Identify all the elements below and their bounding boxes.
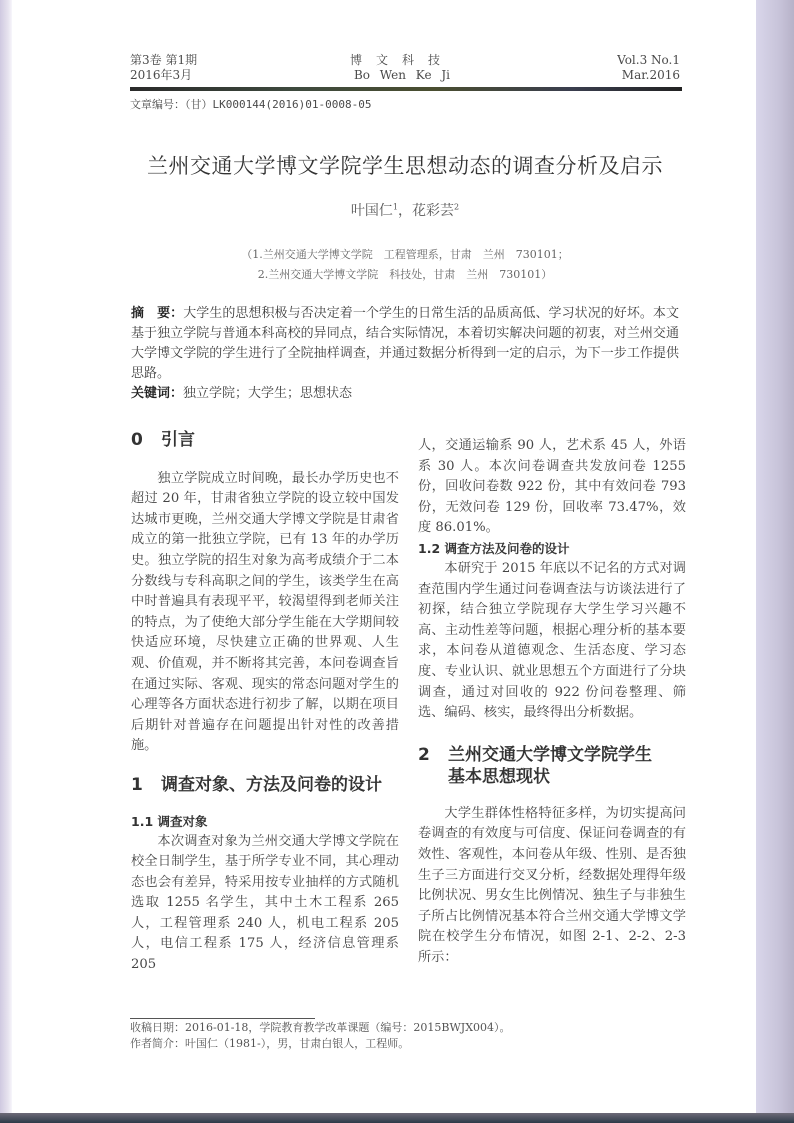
article-number: 文章编号：（甘）LK000144(2016)01-0008-05	[130, 96, 371, 112]
section-heading-1: 1调查对象、方法及问卷的设计	[131, 775, 399, 796]
header-right: Vol.3 No.1 Mar.2016	[617, 53, 680, 83]
section-title: 引言	[161, 430, 195, 450]
header-rule	[130, 87, 682, 91]
issue-date-en: Mar.2016	[617, 68, 680, 83]
affiliation-1: （1.兰州交通大学博文学院 工程管理系，甘肃 兰州 730101；	[120, 246, 690, 262]
subsection-heading-1-2: 1.2 调查方法及问卷的设计	[418, 539, 686, 559]
affiliation-2: 2.兰州交通大学博文学院 科技处，甘肃 兰州 730101）	[120, 266, 690, 282]
abstract-label: 摘 要：	[131, 306, 183, 321]
status-paragraph: 大学生群体性格特征多样，为切实提高问卷调查的有效度与可信度、保证问卷调查的有效性…	[418, 804, 686, 969]
author-separator: ，	[398, 203, 412, 219]
section-title: 调查对象、方法及问卷的设计	[161, 775, 382, 795]
footnote-received: 收稿日期：2016-01-18，学院教育教学改革课题（编号：2015BWJX00…	[130, 1020, 511, 1036]
scan-edge-bottom	[0, 1113, 794, 1123]
column-left: 0引言 独立学院成立时间晚，最长办学历史也不超过 20 年，甘肃省独立学院的设立…	[131, 430, 399, 976]
intro-paragraph: 独立学院成立时间晚，最长办学历史也不超过 20 年，甘肃省独立学院的设立较中国发…	[131, 469, 399, 757]
section-heading-0: 0引言	[131, 430, 399, 451]
section-number: 2	[418, 744, 448, 766]
keywords-label: 关键词：	[131, 386, 183, 401]
section-title-line1: 兰州交通大学博文学院学生	[448, 745, 652, 765]
section-title-line2: 基本思想现状	[448, 767, 550, 787]
scan-edge-right	[756, 0, 794, 1123]
volume-issue: 第3卷 第1期	[130, 53, 197, 68]
header-center: 博文科技 Bo Wen Ke Ji	[342, 53, 462, 83]
section-number: 1	[131, 775, 161, 796]
subsection-heading-1-1: 1.1 调查对象	[131, 812, 399, 832]
journal-name-en: Bo Wen Ke Ji	[342, 68, 462, 83]
abstract-text: 大学生的思想积极与否决定着一个学生的日常生活的品质高低、学习状况的好坏。本文基于…	[131, 306, 679, 381]
volume-en: Vol.3 No.1	[617, 53, 680, 68]
abstract: 摘 要：大学生的思想积极与否决定着一个学生的日常生活的品质高低、学习状况的好坏。…	[131, 304, 679, 384]
footnote-author-bio: 作者简介：叶国仁（1981-），男，甘肃白银人，工程师。	[130, 1036, 511, 1052]
author-name: 花彩芸	[412, 203, 454, 219]
survey-subjects-paragraph-cont: 人，交通运输系 90 人，艺术系 45 人，外语系 30 人。本次问卷调查共发放…	[418, 436, 686, 539]
author-list: 叶国仁1，花彩芸2	[120, 200, 690, 220]
footnotes: 收稿日期：2016-01-18，学院教育教学改革课题（编号：2015BWJX00…	[130, 1020, 511, 1052]
author-name: 叶国仁	[351, 203, 393, 219]
keywords: 关键词：独立学院；大学生；思想状态	[131, 384, 679, 404]
survey-subjects-paragraph: 本次调查对象为兰州交通大学博文学院在校全日制学生，基于所学专业不同，其心理动态也…	[131, 832, 399, 976]
footnote-rule	[130, 1018, 315, 1019]
method-paragraph: 本研究于 2015 年底以不记名的方式对调查范围内学生通过问卷调查法与访谈法进行…	[418, 559, 686, 724]
author-affil-mark: 2	[454, 202, 459, 211]
header-left: 第3卷 第1期 2016年3月	[130, 53, 197, 83]
journal-page: 第3卷 第1期 2016年3月 博文科技 Bo Wen Ke Ji Vol.3 …	[0, 0, 756, 1113]
section-heading-2: 2兰州交通大学博文学院学生 基本思想现状	[418, 744, 686, 788]
keywords-text: 独立学院；大学生；思想状态	[183, 386, 352, 401]
section-number: 0	[131, 430, 161, 451]
issue-date-cn: 2016年3月	[130, 68, 197, 83]
journal-name-cn: 博文科技	[342, 53, 462, 68]
article-title: 兰州交通大学博文学院学生思想动态的调查分析及启示	[120, 150, 690, 180]
column-right: 人，交通运输系 90 人，艺术系 45 人，外语系 30 人。本次问卷调查共发放…	[418, 436, 686, 968]
